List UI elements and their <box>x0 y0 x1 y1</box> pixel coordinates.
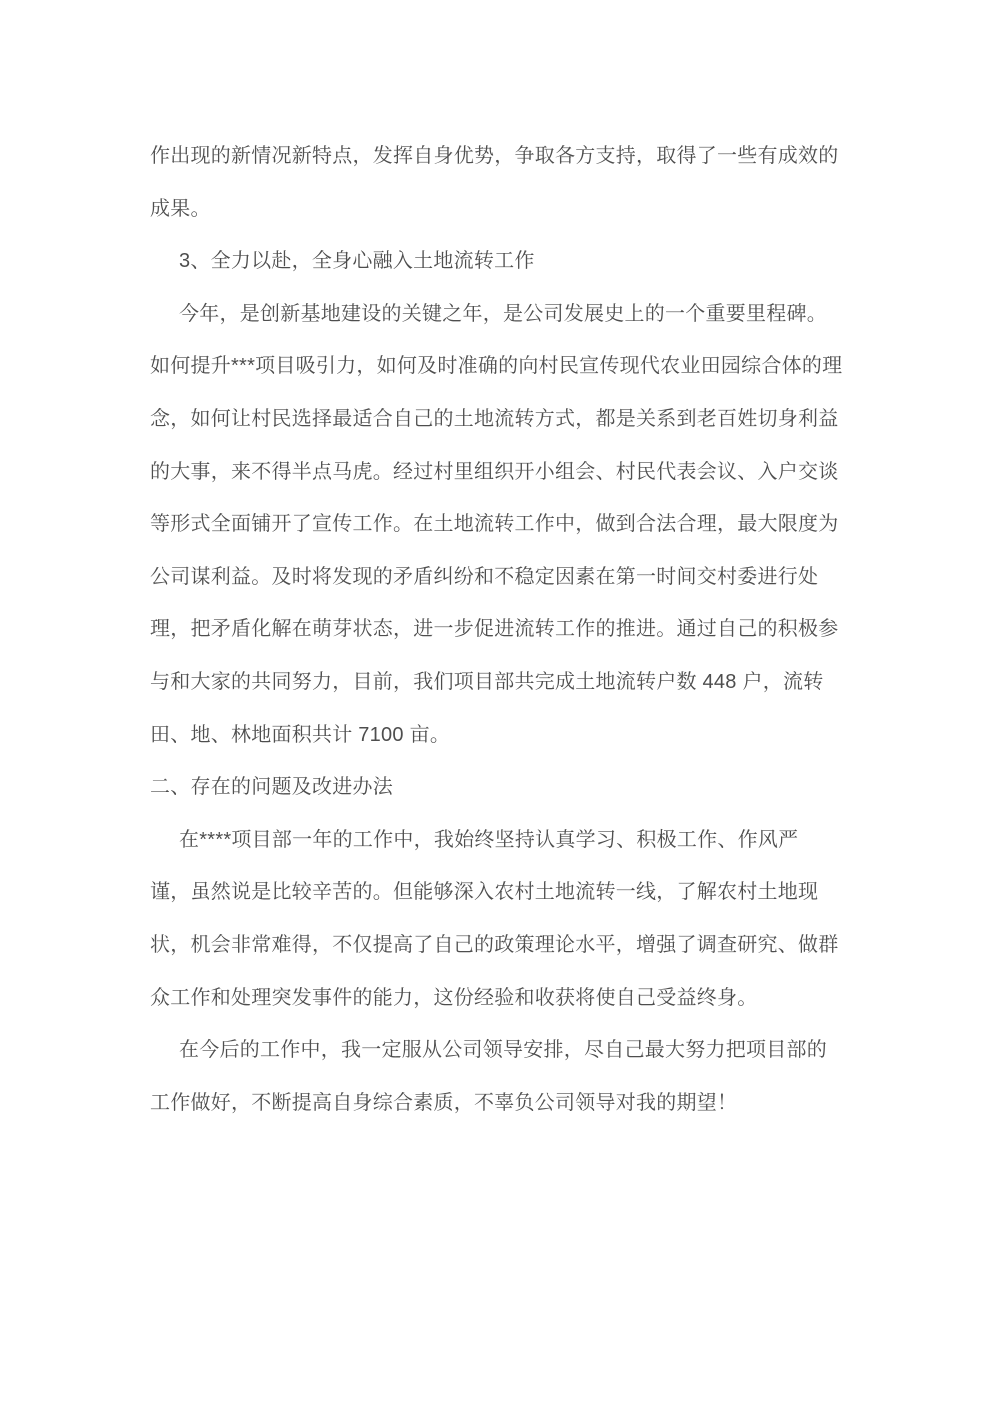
text-line: 的大事，来不得半点马虎。经过村里组织开小组会、村民代表会议、入户交谈 <box>150 446 850 499</box>
paragraph-4: 在****项目部一年的工作中，我始终坚持认真学习、积极工作、作风严谨，虽然说是比… <box>150 814 850 1024</box>
text-line: 念，如何让村民选择最适合自己的土地流转方式，都是关系到老百姓切身利益 <box>150 393 850 446</box>
text-line: 在****项目部一年的工作中，我始终坚持认真学习、积极工作、作风严 <box>150 814 850 867</box>
text-line: 与和大家的共同努力，目前，我们项目部共完成土地流转户数 448 户，流转 <box>150 656 850 709</box>
text-line: 作出现的新情况新特点，发挥自身优势，争取各方支持，取得了一些有成效的 <box>150 130 850 183</box>
text-line: 公司谋利益。及时将发现的矛盾纠纷和不稳定因素在第一时间交村委进行处 <box>150 551 850 604</box>
paragraph-5: 在今后的工作中，我一定服从公司领导安排，尽自己最大努力把项目部的工作做好，不断提… <box>150 1024 850 1129</box>
text-line: 如何提升***项目吸引力，如何及时准确的向村民宣传现代农业田园综合体的理 <box>150 340 850 393</box>
paragraph-1: 3、全力以赴，全身心融入土地流转工作 <box>150 235 850 288</box>
text-line: 在今后的工作中，我一定服从公司领导安排，尽自己最大努力把项目部的 <box>150 1024 850 1077</box>
paragraph-3: 二、存在的问题及改进办法 <box>150 761 850 814</box>
text-line: 谨，虽然说是比较辛苦的。但能够深入农村土地流转一线，了解农村土地现 <box>150 866 850 919</box>
text-line: 二、存在的问题及改进办法 <box>150 761 850 814</box>
document-page: 作出现的新情况新特点，发挥自身优势，争取各方支持，取得了一些有成效的成果。3、全… <box>0 0 1000 1415</box>
text-line: 状，机会非常难得，不仅提高了自己的政策理论水平，增强了调查研究、做群 <box>150 919 850 972</box>
text-line: 工作做好，不断提高自身综合素质，不辜负公司领导对我的期望！ <box>150 1077 850 1130</box>
paragraph-0: 作出现的新情况新特点，发挥自身优势，争取各方支持，取得了一些有成效的成果。 <box>150 130 850 235</box>
document-body: 作出现的新情况新特点，发挥自身优势，争取各方支持，取得了一些有成效的成果。3、全… <box>150 130 850 1129</box>
text-line: 理，把矛盾化解在萌芽状态，进一步促进流转工作的推进。通过自己的积极参 <box>150 603 850 656</box>
text-line: 3、全力以赴，全身心融入土地流转工作 <box>150 235 850 288</box>
text-line: 成果。 <box>150 183 850 236</box>
text-line: 田、地、林地面积共计 7100 亩。 <box>150 709 850 762</box>
paragraph-2: 今年，是创新基地建设的关键之年，是公司发展史上的一个重要里程碑。如何提升***项… <box>150 288 850 761</box>
text-line: 今年，是创新基地建设的关键之年，是公司发展史上的一个重要里程碑。 <box>150 288 850 341</box>
text-line: 等形式全面铺开了宣传工作。在土地流转工作中，做到合法合理，最大限度为 <box>150 498 850 551</box>
text-line: 众工作和处理突发事件的能力，这份经验和收获将使自己受益终身。 <box>150 972 850 1025</box>
